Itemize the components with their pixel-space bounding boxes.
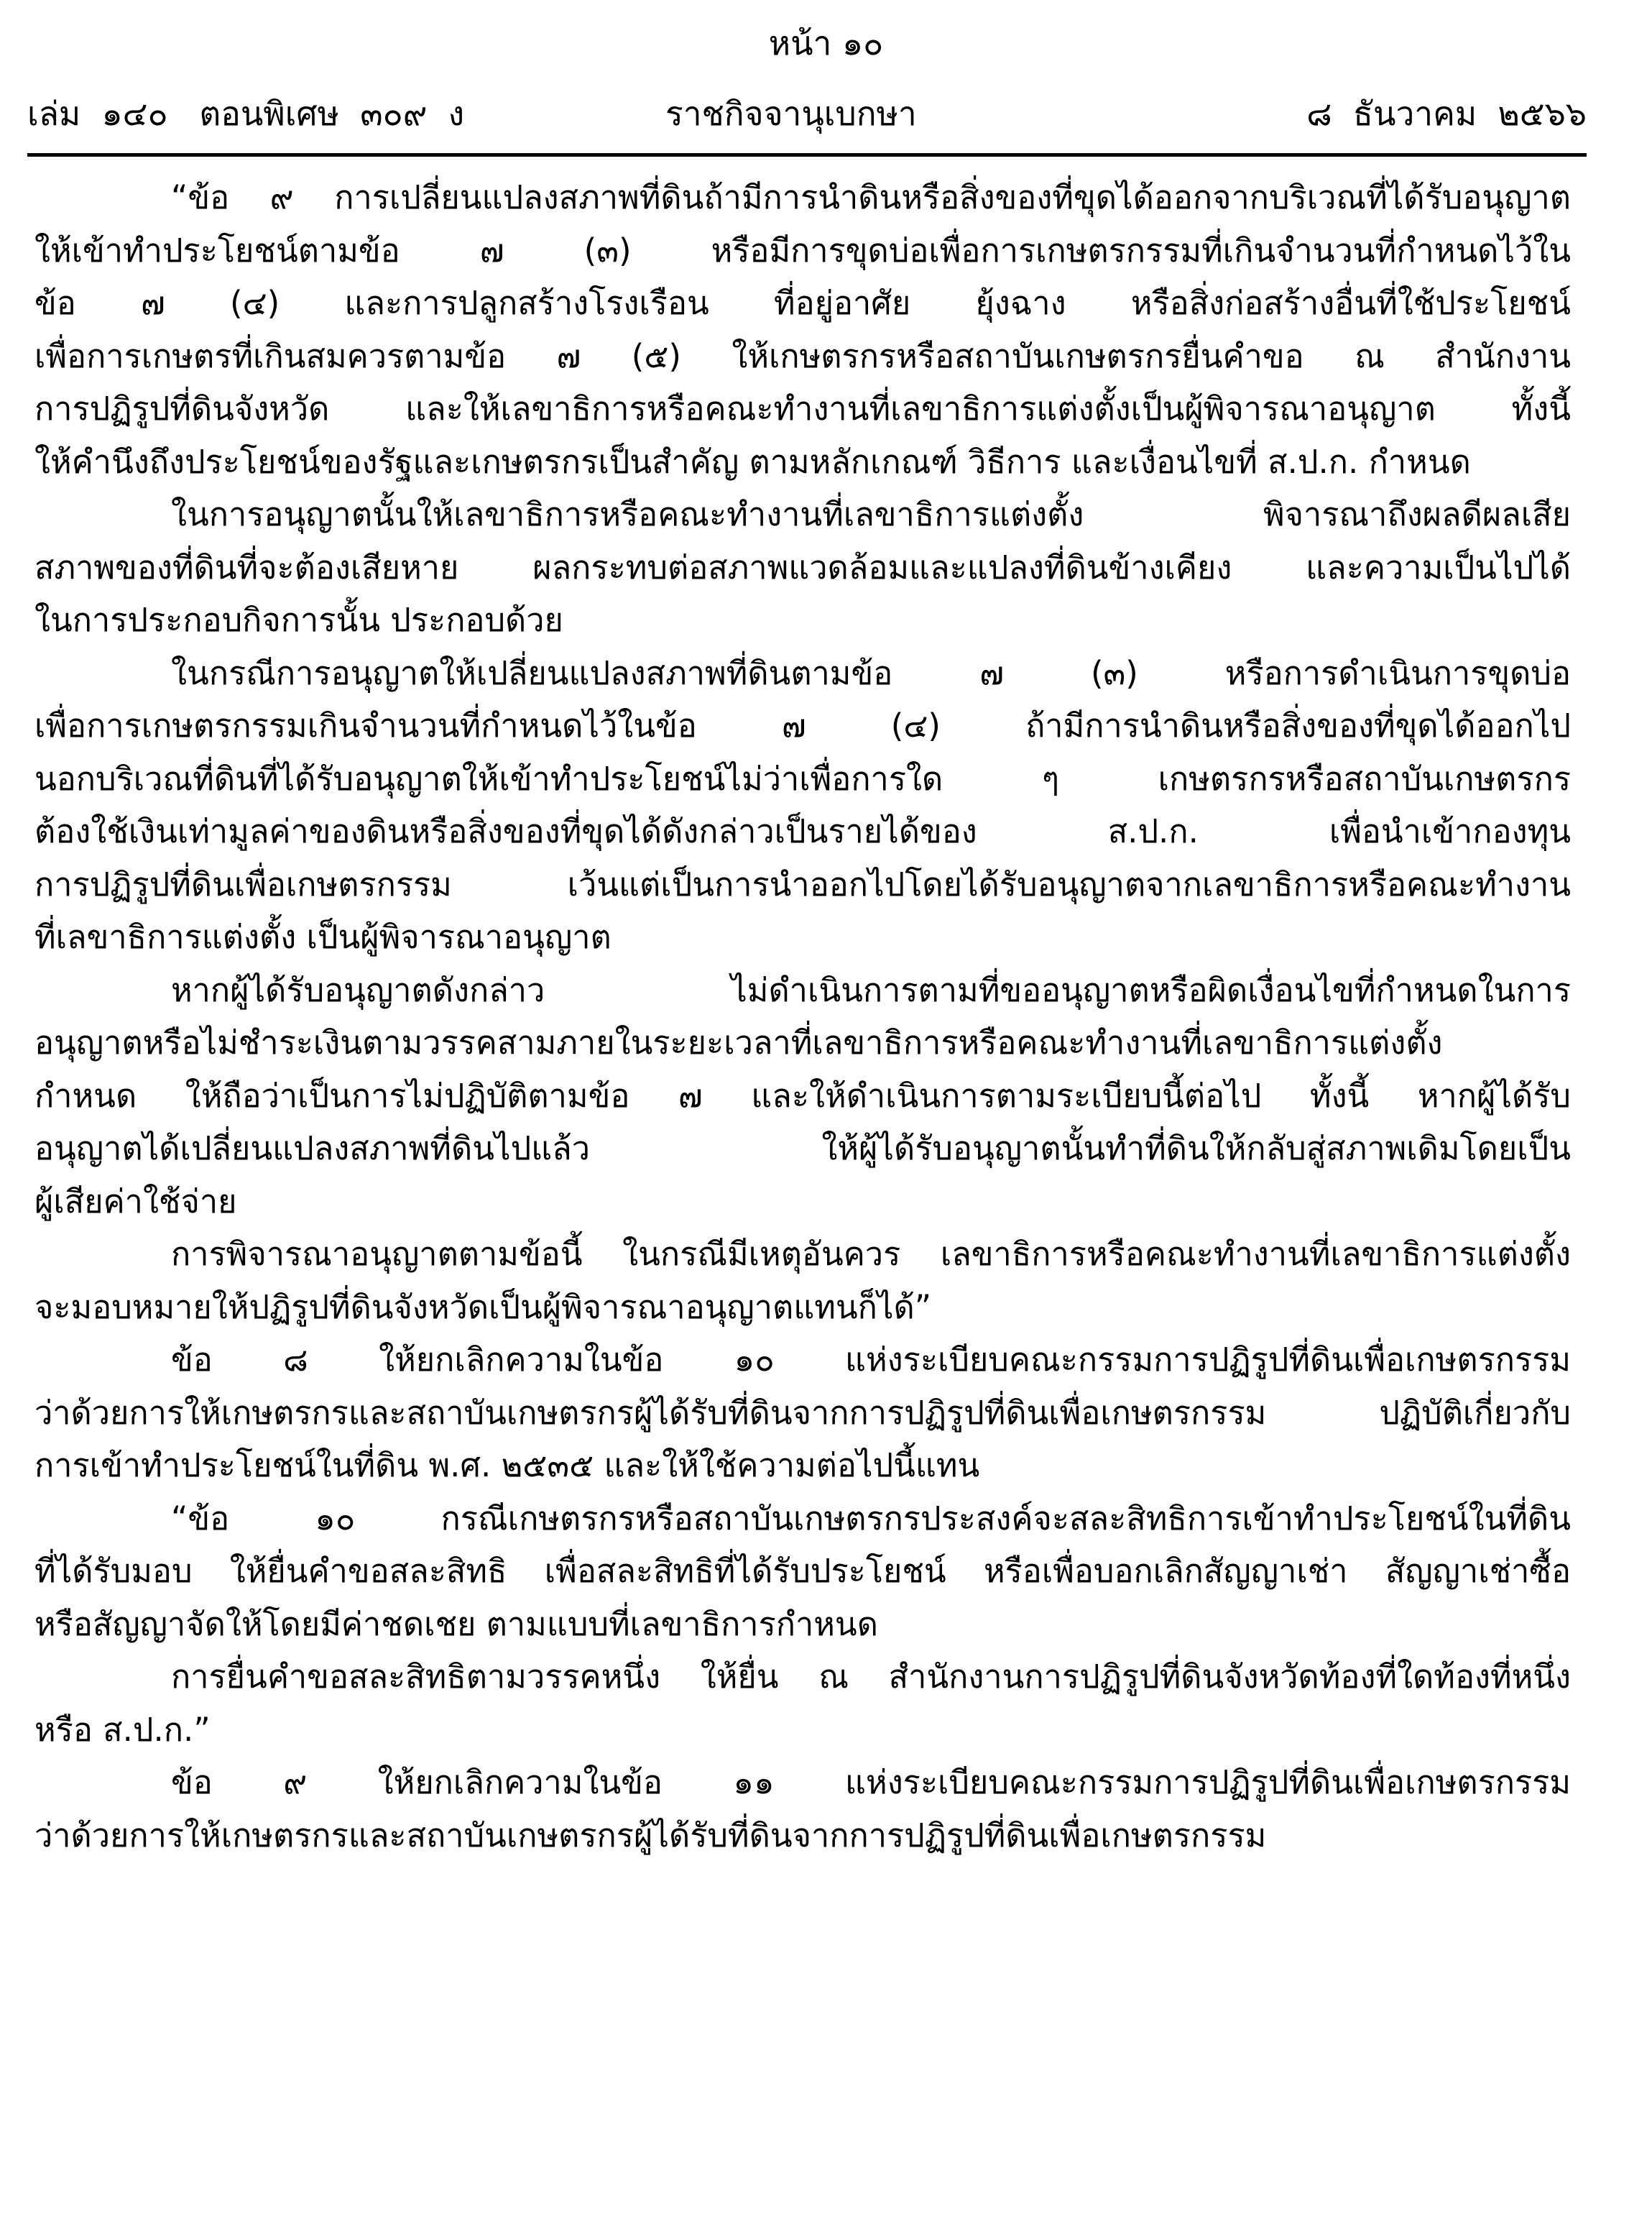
volume-issue: เล่ม ๑๔๐ ตอนพิเศษ ๓๐๙ ง — [27, 85, 464, 142]
text-line: ในการประกอบกิจการนั้น ประกอบด้วย — [34, 594, 1571, 647]
document-body: “ข้อ ๙ การเปลี่ยนแปลงสภาพที่ดินถ้ามีการน… — [34, 171, 1571, 1862]
text-line: จะมอบหมายให้ปฏิรูปที่ดินจังหวัดเป็นผู้พิ… — [34, 1281, 1571, 1334]
text-line: การเข้าทำประโยชน์ในที่ดิน พ.ศ. ๒๕๓๕ และใ… — [34, 1439, 1571, 1492]
text-line: การปฏิรูปที่ดินจังหวัด และให้เลขาธิการหร… — [34, 382, 1571, 436]
text-line: การพิจารณาอนุญาตตามข้อนี้ ในกรณีมีเหตุอั… — [34, 1228, 1571, 1281]
text-line: หากผู้ได้รับอนุญาตดังกล่าว ไม่ดำเนินการต… — [34, 964, 1571, 1017]
page-number: หน้า ๑๐ — [0, 22, 1652, 65]
text-line: ต้องใช้เงินเท่ามูลค่าของดินหรือสิ่งของที… — [34, 805, 1571, 858]
text-line: เพื่อการเกษตรที่เกินสมควรตามข้อ ๗ (๕) ให… — [34, 330, 1571, 383]
text-line: สภาพของที่ดินที่จะต้องเสียหาย ผลกระทบต่อ… — [34, 541, 1571, 594]
text-line: อนุญาตหรือไม่ชำระเงินตามวรรคสามภายในระยะ… — [34, 1016, 1571, 1070]
text-line: ให้เข้าทำประโยชน์ตามข้อ ๗ (๓) หรือมีการข… — [34, 224, 1571, 277]
text-line: กำหนด ให้ถือว่าเป็นการไม่ปฏิบัติตามข้อ ๗… — [34, 1070, 1571, 1123]
header-rule — [27, 153, 1587, 157]
paragraph-clause-9-amendment: ข้อ ๙ ให้ยกเลิกความในข้อ ๑๑ แห่งระเบียบค… — [34, 1756, 1571, 1862]
paragraph-permission-considerations: ในการอนุญาตนั้นให้เลขาธิการหรือคณะทำงานท… — [34, 488, 1571, 647]
gazette-header: เล่ม ๑๔๐ ตอนพิเศษ ๓๐๙ ง ราชกิจจานุเบกษา … — [27, 85, 1587, 142]
paragraph-waiver-filing: การยื่นคำขอสละสิทธิตามวรรคหนึ่ง ให้ยื่น … — [34, 1650, 1571, 1756]
text-line: เพื่อการเกษตรกรรมเกินจำนวนที่กำหนดไว้ในข… — [34, 699, 1571, 753]
text-line: หรือ ส.ป.ก.” — [34, 1704, 1571, 1757]
text-line: ในกรณีการอนุญาตให้เปลี่ยนแปลงสภาพที่ดินต… — [34, 647, 1571, 700]
text-line: “ข้อ ๑๐ กรณีเกษตรกรหรือสถาบันเกษตรกรประส… — [34, 1492, 1571, 1545]
text-line: ให้คำนึงถึงประโยชน์ของรัฐและเกษตรกรเป็นส… — [34, 436, 1571, 489]
text-line: ในการอนุญาตนั้นให้เลขาธิการหรือคณะทำงานท… — [34, 488, 1571, 541]
text-line: การปฏิรูปที่ดินเพื่อเกษตรกรรม เว้นแต่เป็… — [34, 858, 1571, 911]
text-line: ที่ได้รับมอบ ให้ยื่นคำขอสละสิทธิ เพื่อสล… — [34, 1545, 1571, 1598]
text-line: “ข้อ ๙ การเปลี่ยนแปลงสภาพที่ดินถ้ามีการน… — [34, 171, 1571, 224]
text-line: อนุญาตได้เปลี่ยนแปลงสภาพที่ดินไปแล้ว ให้… — [34, 1122, 1571, 1175]
text-line: ว่าด้วยการให้เกษตรกรและสถาบันเกษตรกรผู้ไ… — [34, 1387, 1571, 1440]
publication-date: ๘ ธันวาคม ๒๕๖๖ — [1306, 85, 1587, 142]
paragraph-clause-8-amendment: ข้อ ๘ ให้ยกเลิกความในข้อ ๑๐ แห่งระเบียบค… — [34, 1333, 1571, 1492]
paragraph-non-compliance: หากผู้ได้รับอนุญาตดังกล่าว ไม่ดำเนินการต… — [34, 964, 1571, 1228]
paragraph-soil-removal-payment: ในกรณีการอนุญาตให้เปลี่ยนแปลงสภาพที่ดินต… — [34, 647, 1571, 964]
text-line: ข้อ ๙ ให้ยกเลิกความในข้อ ๑๑ แห่งระเบียบค… — [34, 1756, 1571, 1809]
text-line: ผู้เสียค่าใช้จ่าย — [34, 1175, 1571, 1228]
text-line: หรือสัญญาจัดให้โดยมีค่าชดเชย ตามแบบที่เล… — [34, 1598, 1571, 1651]
text-line: ข้อ ๘ ให้ยกเลิกความในข้อ ๑๐ แห่งระเบียบค… — [34, 1333, 1571, 1387]
text-line: การยื่นคำขอสละสิทธิตามวรรคหนึ่ง ให้ยื่น … — [34, 1650, 1571, 1704]
text-line: นอกบริเวณที่ดินที่ได้รับอนุญาตให้เข้าทำป… — [34, 753, 1571, 806]
text-line: ข้อ ๗ (๔) และการปลูกสร้างโรงเรือน ที่อยู… — [34, 277, 1571, 330]
paragraph-clause-10-quote: “ข้อ ๑๐ กรณีเกษตรกรหรือสถาบันเกษตรกรประส… — [34, 1492, 1571, 1651]
paragraph-delegation: การพิจารณาอนุญาตตามข้อนี้ ในกรณีมีเหตุอั… — [34, 1228, 1571, 1333]
gazette-title: ราชกิจจานุเบกษา — [665, 85, 917, 142]
text-line: ที่เลขาธิการแต่งตั้ง เป็นผู้พิจารณาอนุญา… — [34, 911, 1571, 964]
paragraph-clause-9-quote: “ข้อ ๙ การเปลี่ยนแปลงสภาพที่ดินถ้ามีการน… — [34, 171, 1571, 488]
text-line: ว่าด้วยการให้เกษตรกรและสถาบันเกษตรกรผู้ไ… — [34, 1809, 1571, 1862]
